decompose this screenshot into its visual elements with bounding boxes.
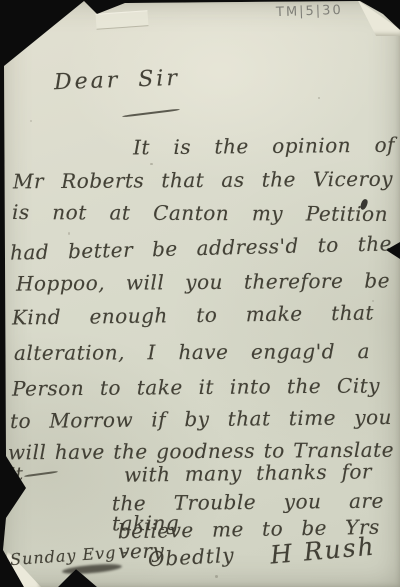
letter-line: Kind enough to make that	[12, 302, 374, 327]
letter-line: to Morrow if by that time you	[10, 407, 392, 431]
foxing-speck	[30, 120, 32, 122]
archive-reference-number: TM|5|30	[276, 3, 343, 20]
foxing-speck	[150, 163, 153, 165]
letter-line: Person to take it into the City	[12, 375, 380, 398]
letter-line: alteration, I have engag'd a	[14, 341, 370, 363]
letter-line: it	[9, 464, 23, 486]
letter-line: is not at Canton my Petition	[12, 202, 388, 224]
salutation: Dear Sir	[54, 66, 181, 95]
valediction: Obedtly	[147, 543, 235, 571]
letter-scan: TM|5|30 Dear Sir It is the opinion of Mr…	[0, 0, 400, 587]
letter-line: Hoppoo, will you therefore be	[16, 270, 390, 293]
torn-paper-sheet: TM|5|30 Dear Sir It is the opinion of Mr…	[0, 0, 400, 587]
foxing-speck	[68, 232, 70, 235]
foxing-speck	[215, 575, 218, 578]
letter-line: with many thanks for	[124, 461, 372, 484]
letter-line: It is the opinion of	[133, 135, 395, 158]
letter-line: Mr Roberts that as the Viceroy	[13, 169, 393, 192]
foxing-speck	[318, 97, 320, 99]
